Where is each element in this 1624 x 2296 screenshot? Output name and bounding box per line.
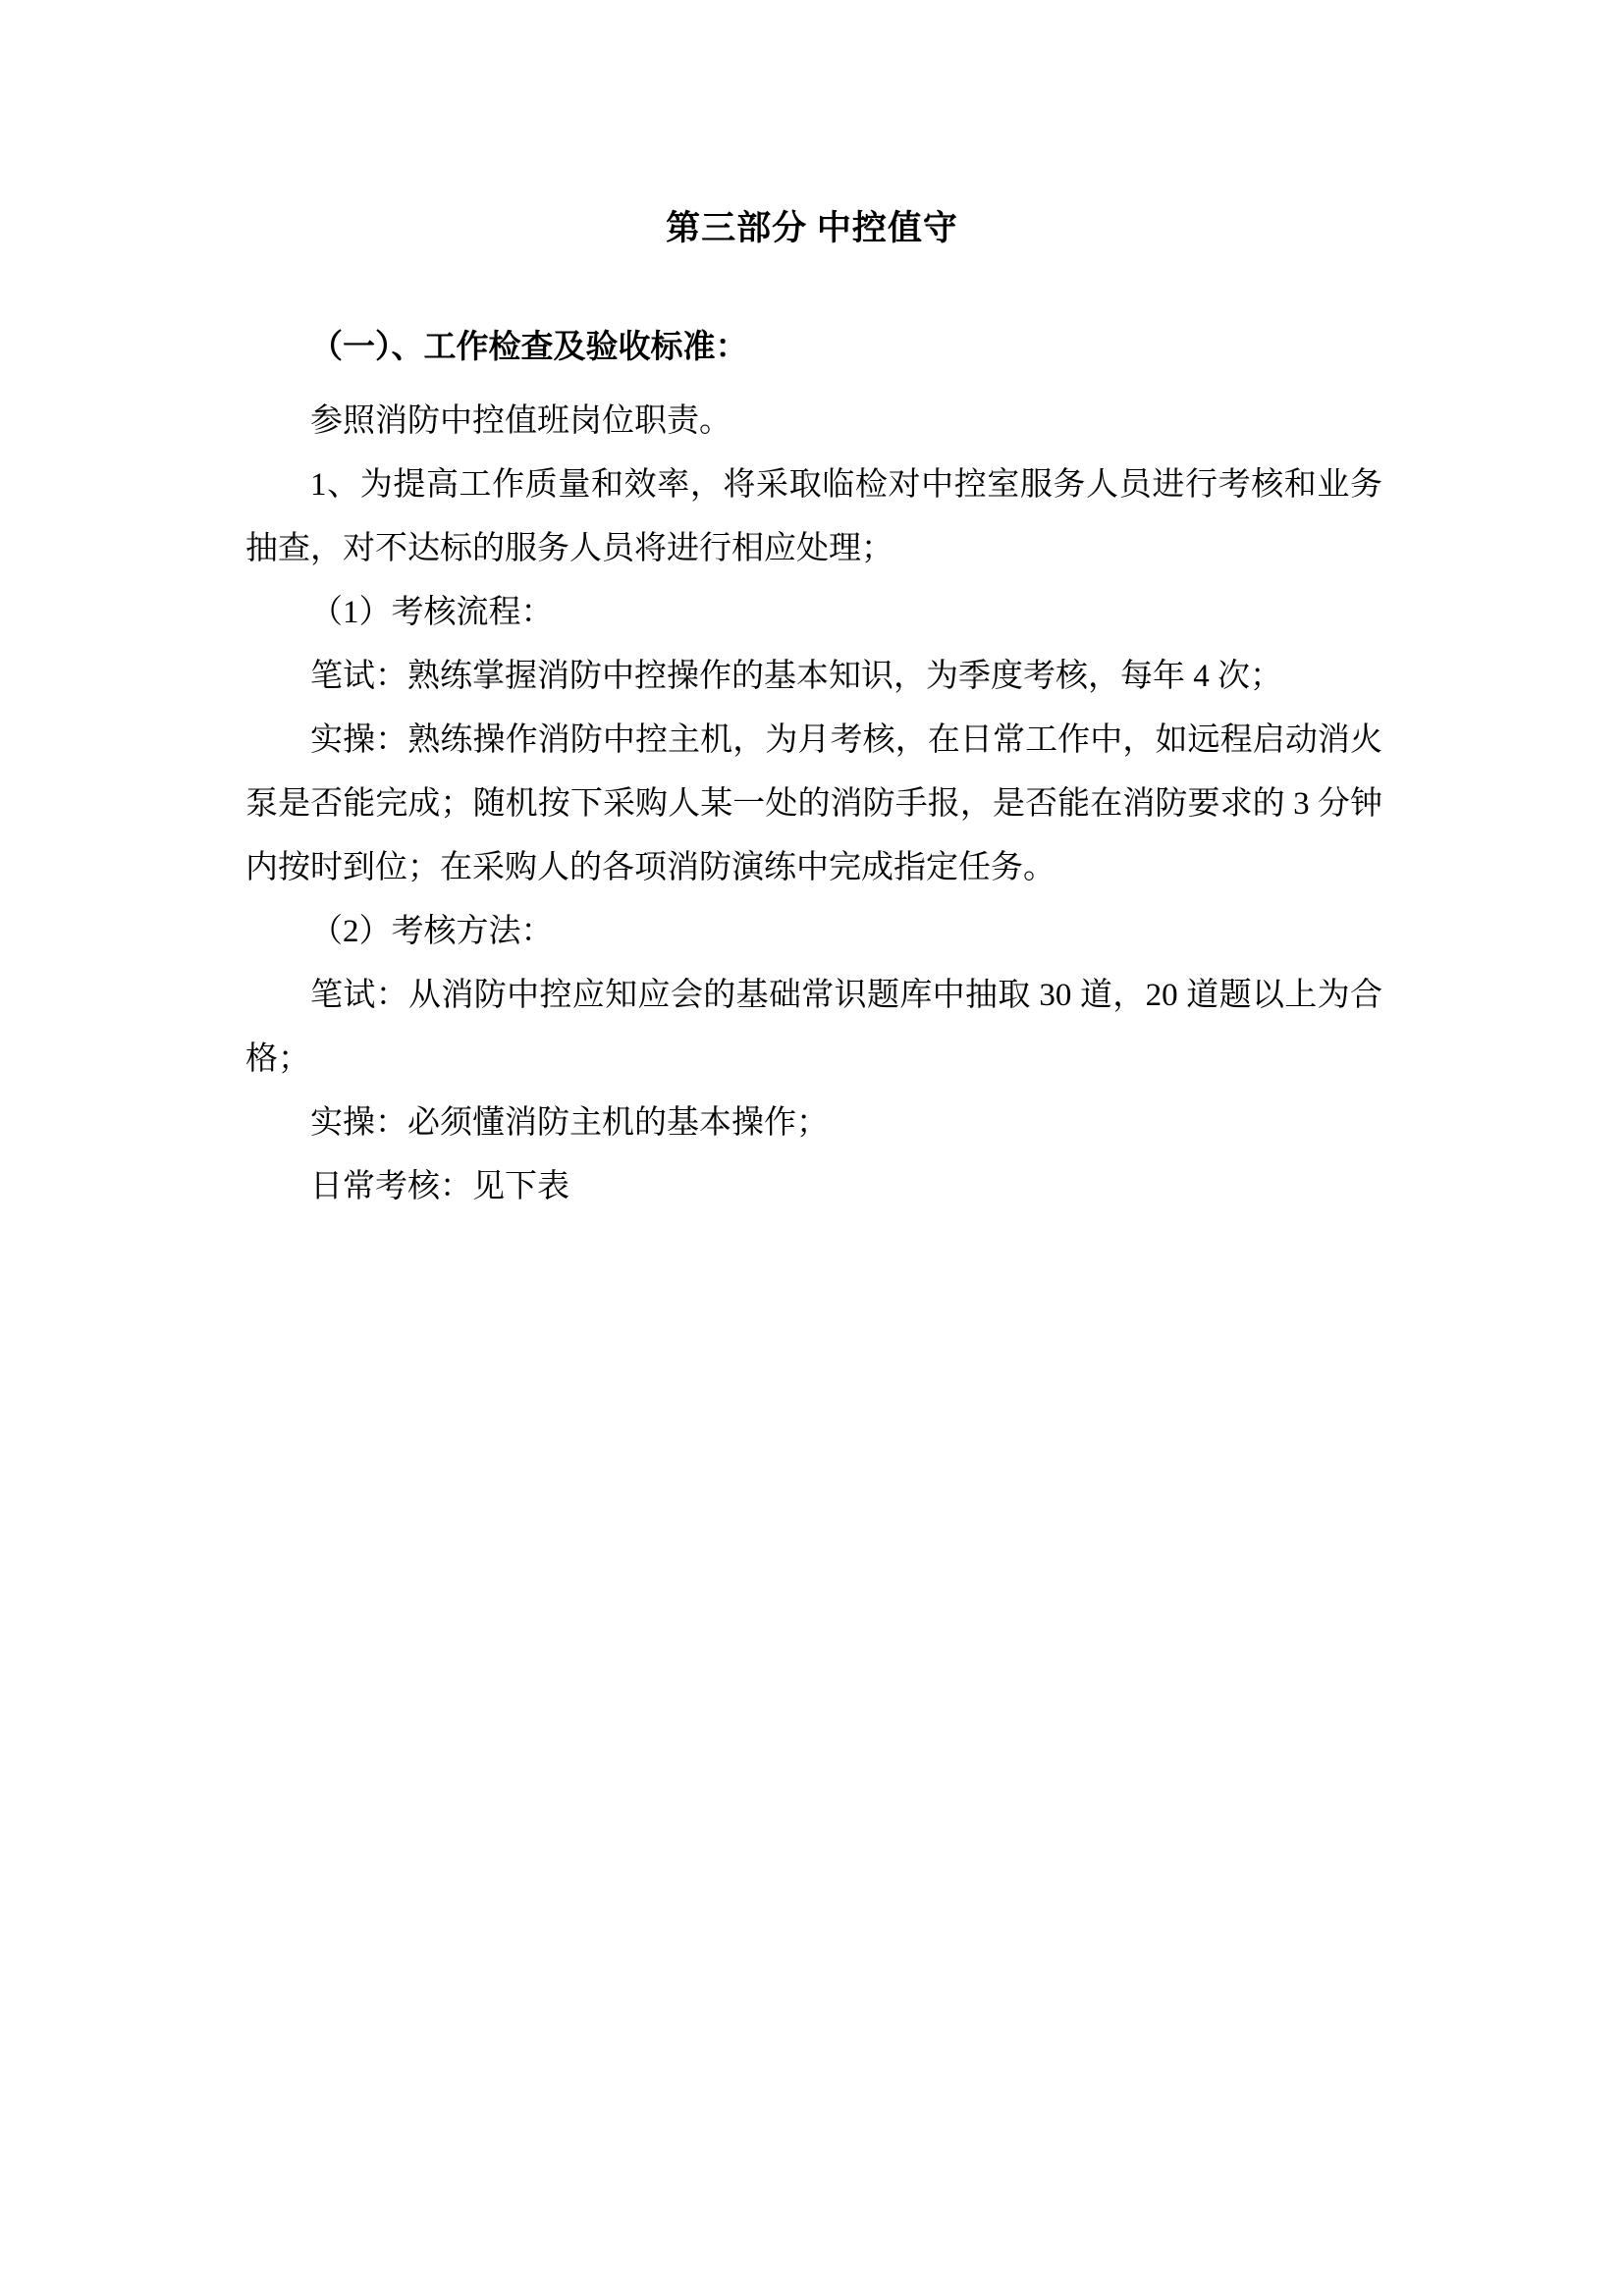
body-paragraph: 笔试：熟练掌握消防中控操作的基本知识，为季度考核，每年 4 次； <box>245 645 1382 709</box>
body-paragraph: 日常考核：见下表 <box>245 1155 1382 1219</box>
body-paragraph: 1、为提高工作质量和效率，将采取临检对中控室服务人员进行考核和业务抽查，对不达标… <box>245 454 1382 581</box>
body-paragraph: 实操：熟练操作消防中控主机，为月考核，在日常工作中，如远程启动消火泵是否能完成；… <box>245 709 1382 900</box>
body-paragraph: （2）考核方法： <box>245 900 1382 964</box>
document-page: 第三部分 中控值守 （一）、工作检查及验收标准： 参照消防中控值班岗位职责。 1… <box>0 0 1624 2296</box>
body-paragraph: 实操：必须懂消防主机的基本操作； <box>245 1092 1382 1155</box>
body-paragraph: 参照消防中控值班岗位职责。 <box>245 390 1382 454</box>
document-body: （一）、工作检查及验收标准： 参照消防中控值班岗位职责。 1、为提高工作质量和效… <box>245 316 1382 1219</box>
body-paragraph: 笔试：从消防中控应知应会的基础常识题库中抽取 30 道，20 道题以上为合格； <box>245 964 1382 1092</box>
body-paragraph: （1）考核流程： <box>245 581 1382 645</box>
section-heading: （一）、工作检查及验收标准： <box>245 316 1382 380</box>
document-title: 第三部分 中控值守 <box>0 196 1624 260</box>
